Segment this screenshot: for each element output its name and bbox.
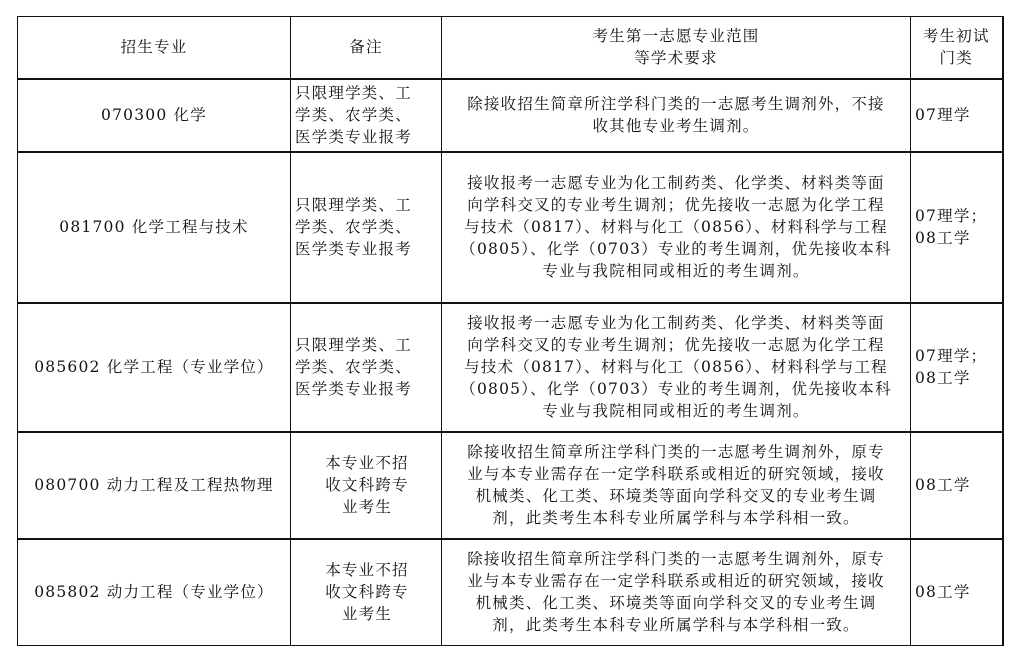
note-line: 本专业不招 bbox=[297, 452, 437, 474]
category-line: 08工学 bbox=[915, 474, 998, 496]
category-line: 07理学； bbox=[915, 205, 998, 227]
major-name: 070300 化学 bbox=[101, 106, 207, 124]
note-line: 本专业不招 bbox=[297, 559, 437, 581]
header-category: 考生初试 门类 bbox=[911, 17, 1003, 79]
major-cell: 085802 动力工程（专业学位） bbox=[18, 539, 291, 646]
requirement-line: 接收报考一志愿专业为化工制药类、化学类、材料类等面 bbox=[446, 312, 906, 334]
category-cell: 08工学 bbox=[911, 539, 1003, 646]
requirement-cell: 除接收招生简章所注学科门类的一志愿考生调剂外，原专 业与本专业需存在一定学科联系… bbox=[442, 432, 911, 539]
admission-adjustment-table: 招生专业 备注 考生第一志愿专业范围 等学术要求 考生初试 门类 070300 … bbox=[17, 16, 1004, 646]
requirement-line: 与技术（0817）、材料与化工（0856）、材料科学与工程 bbox=[446, 216, 906, 238]
header-note-label: 备注 bbox=[349, 38, 382, 56]
note-line: 医学类专业报考 bbox=[295, 378, 437, 400]
note-cell: 只限理学类、工 学类、农学类、 医学类专业报考 bbox=[291, 79, 442, 152]
note-line: 收文科跨专 bbox=[297, 474, 437, 496]
category-cell: 07理学； 08工学 bbox=[911, 303, 1003, 432]
table-row: 070300 化学 只限理学类、工 学类、农学类、 医学类专业报考 除接收招生简… bbox=[18, 79, 1003, 152]
note-cell: 本专业不招 收文科跨专 业考生 bbox=[291, 539, 442, 646]
header-major: 招生专业 bbox=[18, 17, 291, 79]
requirement-line: 业与本专业需存在一定学科联系或相近的研究领域，接收 bbox=[446, 570, 906, 592]
requirement-cell: 除接收招生简章所注学科门类的一志愿考生调剂外，不接 收其他专业考生调剂。 bbox=[442, 79, 911, 152]
note-line: 医学类专业报考 bbox=[295, 238, 437, 260]
requirement-line: 向学科交叉的专业考生调剂；优先接收一志愿为化学工程 bbox=[446, 194, 906, 216]
requirement-line: 除接收招生简章所注学科门类的一志愿考生调剂外，原专 bbox=[446, 548, 906, 570]
requirement-line: 与技术（0817）、材料与化工（0856）、材料科学与工程 bbox=[446, 356, 906, 378]
major-cell: 070300 化学 bbox=[18, 79, 291, 152]
note-line: 收文科跨专 bbox=[297, 581, 437, 603]
note-line: 学类、农学类、 bbox=[295, 356, 437, 378]
note-line: 只限理学类、工 bbox=[295, 194, 437, 216]
table-row: 080700 动力工程及工程热物理 本专业不招 收文科跨专 业考生 除接收招生简… bbox=[18, 432, 1003, 539]
major-cell: 081700 化学工程与技术 bbox=[18, 152, 291, 303]
requirement-line: 机械类、化工类、环境类等面向学科交叉的专业考生调 bbox=[446, 485, 906, 507]
category-line: 08工学 bbox=[915, 367, 998, 389]
requirement-line: 接收报考一志愿专业为化工制药类、化学类、材料类等面 bbox=[446, 172, 906, 194]
table-row: 085602 化学工程（专业学位） 只限理学类、工 学类、农学类、 医学类专业报… bbox=[18, 303, 1003, 432]
header-requirement-line: 考生第一志愿专业范围 bbox=[446, 25, 906, 47]
requirement-line: 专业与我院相同或相近的考生调剂。 bbox=[446, 260, 906, 282]
table-row: 085802 动力工程（专业学位） 本专业不招 收文科跨专 业考生 除接收招生简… bbox=[18, 539, 1003, 646]
note-line: 医学类专业报考 bbox=[295, 126, 437, 148]
header-requirement-line: 等学术要求 bbox=[446, 47, 906, 69]
requirement-line: 除接收招生简章所注学科门类的一志愿考生调剂外，原专 bbox=[446, 441, 906, 463]
requirement-line: 剂，此类考生本科专业所属学科与本学科相一致。 bbox=[446, 507, 906, 529]
requirement-cell: 接收报考一志愿专业为化工制药类、化学类、材料类等面 向学科交叉的专业考生调剂；优… bbox=[442, 303, 911, 432]
note-cell: 只限理学类、工 学类、农学类、 医学类专业报考 bbox=[291, 303, 442, 432]
category-line: 07理学； bbox=[915, 345, 998, 367]
category-cell: 08工学 bbox=[911, 432, 1003, 539]
note-line: 学类、农学类、 bbox=[295, 216, 437, 238]
note-line: 只限理学类、工 bbox=[295, 334, 437, 356]
category-cell: 07理学； 08工学 bbox=[911, 152, 1003, 303]
note-line: 学类、农学类、 bbox=[295, 104, 437, 126]
requirement-line: 剂，此类考生本科专业所属学科与本学科相一致。 bbox=[446, 614, 906, 636]
requirement-line: （0805）、化学（0703）专业的考生调剂，优先接收本科 bbox=[446, 378, 906, 400]
header-category-line: 门类 bbox=[915, 47, 998, 69]
requirement-cell: 接收报考一志愿专业为化工制药类、化学类、材料类等面 向学科交叉的专业考生调剂；优… bbox=[442, 152, 911, 303]
category-cell: 07理学 bbox=[911, 79, 1003, 152]
category-line: 07理学 bbox=[915, 104, 998, 126]
requirement-cell: 除接收招生简章所注学科门类的一志愿考生调剂外，原专 业与本专业需存在一定学科联系… bbox=[442, 539, 911, 646]
major-name: 085802 动力工程（专业学位） bbox=[34, 583, 274, 601]
requirement-line: 机械类、化工类、环境类等面向学科交叉的专业考生调 bbox=[446, 592, 906, 614]
table-row: 081700 化学工程与技术 只限理学类、工 学类、农学类、 医学类专业报考 接… bbox=[18, 152, 1003, 303]
note-line: 业考生 bbox=[297, 496, 437, 518]
table-header-row: 招生专业 备注 考生第一志愿专业范围 等学术要求 考生初试 门类 bbox=[18, 17, 1003, 79]
note-line: 业考生 bbox=[297, 603, 437, 625]
major-cell: 085602 化学工程（专业学位） bbox=[18, 303, 291, 432]
requirement-line: 专业与我院相同或相近的考生调剂。 bbox=[446, 400, 906, 422]
header-note: 备注 bbox=[291, 17, 442, 79]
note-cell: 本专业不招 收文科跨专 业考生 bbox=[291, 432, 442, 539]
header-requirement: 考生第一志愿专业范围 等学术要求 bbox=[442, 17, 911, 79]
requirement-line: 收其他专业考生调剂。 bbox=[446, 115, 906, 137]
major-name: 085602 化学工程（专业学位） bbox=[34, 358, 274, 376]
note-cell: 只限理学类、工 学类、农学类、 医学类专业报考 bbox=[291, 152, 442, 303]
requirement-line: 向学科交叉的专业考生调剂；优先接收一志愿为化学工程 bbox=[446, 334, 906, 356]
header-major-label: 招生专业 bbox=[121, 38, 188, 56]
header-category-line: 考生初试 bbox=[915, 25, 998, 47]
category-line: 08工学 bbox=[915, 227, 998, 249]
major-cell: 080700 动力工程及工程热物理 bbox=[18, 432, 291, 539]
category-line: 08工学 bbox=[915, 581, 998, 603]
requirement-line: 除接收招生简章所注学科门类的一志愿考生调剂外，不接 bbox=[446, 93, 906, 115]
major-name: 081700 化学工程与技术 bbox=[59, 218, 248, 236]
note-line: 只限理学类、工 bbox=[295, 82, 437, 104]
major-name: 080700 动力工程及工程热物理 bbox=[34, 476, 274, 494]
requirement-line: （0805）、化学（0703）专业的考生调剂，优先接收本科 bbox=[446, 238, 906, 260]
requirement-line: 业与本专业需存在一定学科联系或相近的研究领域，接收 bbox=[446, 463, 906, 485]
